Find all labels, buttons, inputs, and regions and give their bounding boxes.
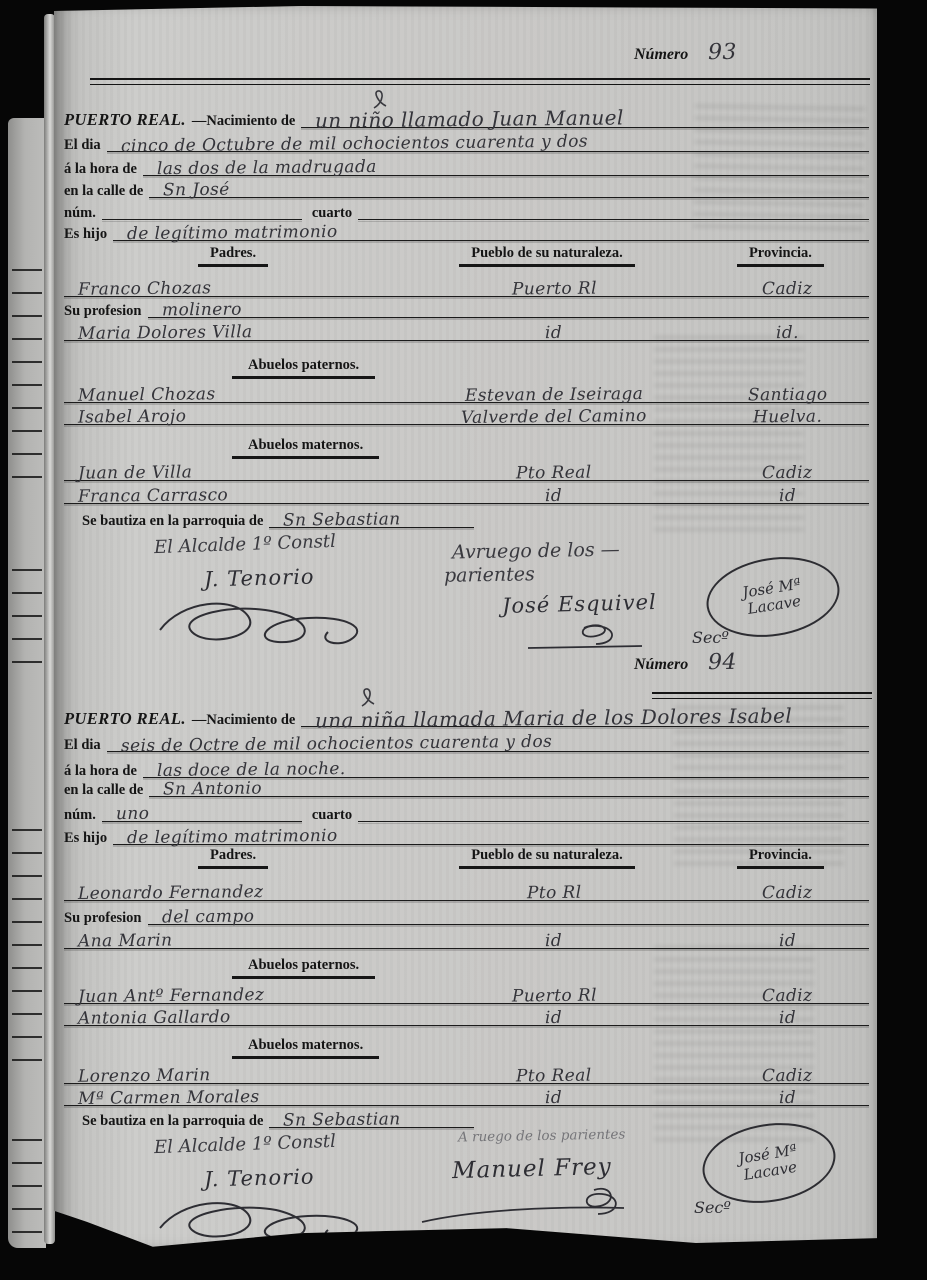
maternal-grandmother-row: Mª Carmen Morales id id <box>64 1081 869 1106</box>
num-label: núm. <box>64 808 102 823</box>
page-edge-ruling <box>12 548 42 668</box>
dia-label: El dia <box>64 738 107 753</box>
grandparent-name: Isabel Arojo <box>78 408 186 426</box>
nacimiento-label: —Nacimiento de <box>192 713 302 728</box>
page-edge-ruling <box>12 248 42 488</box>
paternal-grandmother-row: Isabel Arojo Valverde del Camino Huelva. <box>64 400 869 425</box>
line-hora: á la hora de las dos de la madrugada <box>64 152 869 176</box>
grandparent-provincia: id <box>779 1010 796 1027</box>
numero-value: 93 <box>708 42 737 64</box>
numero-value: 94 <box>708 652 737 674</box>
cuarto-label: cuarto <box>302 808 358 823</box>
line-es-hijo: Es hijo de legítimo matrimonio <box>64 821 869 845</box>
secretario-cargo: Secº <box>692 628 729 647</box>
mother-name: Maria Dolores Villa <box>78 324 253 343</box>
line-nacimiento: PUERTO REAL. —Nacimiento de un niño llam… <box>64 104 869 128</box>
es-hijo-value: de legítimo matrimonio <box>127 828 338 847</box>
ruego-line2: parientes <box>444 563 535 587</box>
maternal-grandmother-row: Franca Carrasco id id <box>64 479 869 504</box>
page-edge-ruling <box>12 808 42 1078</box>
mother-name: Ana Marin <box>78 933 173 951</box>
line-dia: El dia seis de Octre de mil ochocientos … <box>64 728 869 752</box>
father-pueblo: Pto Rl <box>527 885 582 903</box>
grandparent-name: Franca Carrasco <box>78 487 228 506</box>
line-dia: El dia cinco de Octubre de mil ochocient… <box>64 128 869 152</box>
numero-label: Número <box>634 656 688 674</box>
book-fold <box>44 14 55 1244</box>
municipio-label: PUERTO REAL. <box>64 711 192 728</box>
mother-row: Maria Dolores Villa id id. <box>64 316 869 341</box>
line-profesion: Su profesion del campo <box>64 901 869 925</box>
grandparent-pueblo: id <box>545 488 562 505</box>
testigo-signature: José Esquivel <box>502 590 657 618</box>
abuelos-paternos-header: Abuelos paternos. <box>232 958 375 979</box>
line-profesion: Su profesion molinero <box>64 294 869 318</box>
testigo-rubric <box>414 1182 654 1226</box>
paternal-grandmother-row: Antonia Gallardo id id <box>64 1001 869 1026</box>
secretario-cargo: Secº <box>694 1198 731 1217</box>
provincia-header: Provincia. <box>737 246 824 267</box>
column-headers: Padres. Pueblo de su naturaleza. Provinc… <box>64 246 869 267</box>
mother-provincia: id <box>779 933 796 950</box>
grandparent-pueblo: id <box>545 1010 562 1027</box>
line-calle: en la calle de Sn José <box>64 174 869 198</box>
es-hijo-label: Es hijo <box>64 227 113 242</box>
line-num-cuarto: núm. uno cuarto <box>64 798 869 822</box>
heavy-rule <box>90 78 870 85</box>
padres-header: Padres. <box>198 848 268 869</box>
calle-value: Sn Antonio <box>163 780 262 798</box>
alcalde-title: El Alcalde 1º Constl <box>154 1131 337 1158</box>
mother-pueblo: id <box>545 325 562 342</box>
alcalde-title: El Alcalde 1º Constl <box>154 531 337 558</box>
bautiza-label: Se bautiza en la parroquia de <box>82 514 269 529</box>
grandparent-provincia: Huelva. <box>753 409 822 427</box>
calle-label: en la calle de <box>64 783 149 798</box>
nacimiento-value: una niña llamada Maria de los Dolores Is… <box>315 706 792 731</box>
line-nacimiento: PUERTO REAL. —Nacimiento de una niña lla… <box>64 703 869 727</box>
record-number-row: Número 94 <box>634 652 737 674</box>
alcalde-signature: J. Tenorio <box>204 1165 315 1192</box>
grandparent-pueblo: Valverde del Camino <box>461 408 647 427</box>
line-bautiza: Se bautiza en la parroquia de Sn Sebasti… <box>82 504 474 528</box>
book-spine-edge <box>8 118 46 1248</box>
grandparent-provincia: id <box>779 488 796 505</box>
register-page: Número 93 PUERTO REAL. —Nacimiento de un… <box>54 6 877 1248</box>
es-hijo-value: de legítimo matrimonio <box>127 224 338 243</box>
padres-header: Padres. <box>198 246 268 267</box>
mother-provincia: id. <box>776 325 799 342</box>
line-bautiza: Se bautiza en la parroquia de Sn Sebasti… <box>82 1104 474 1128</box>
line-es-hijo: Es hijo de legítimo matrimonio <box>64 217 869 241</box>
grandparent-provincia: id <box>779 1090 796 1107</box>
alcalde-rubric <box>142 592 402 650</box>
abuelos-maternos-header: Abuelos maternos. <box>232 1038 379 1059</box>
testigo-rubric <box>522 618 672 654</box>
profesion-label: Su profesion <box>64 911 148 926</box>
heavy-rule <box>652 692 872 699</box>
line-calle: en la calle de Sn Antonio <box>64 773 869 797</box>
grandparent-pueblo: id <box>545 1090 562 1107</box>
mother-row: Ana Marin id id <box>64 924 869 949</box>
abuelos-paternos-header: Abuelos paternos. <box>232 358 375 379</box>
nacimiento-label: —Nacimiento de <box>192 114 302 129</box>
mother-pueblo: id <box>545 933 562 950</box>
municipio-label: PUERTO REAL. <box>64 112 192 129</box>
column-headers: Padres. Pueblo de su naturaleza. Provinc… <box>64 848 869 869</box>
parroquia-value: Sn Sebastian <box>283 511 401 529</box>
page-edge-ruling <box>12 1118 42 1238</box>
es-hijo-label: Es hijo <box>64 831 113 846</box>
parroquia-value: Sn Sebastian <box>283 1111 401 1129</box>
dia-label: El dia <box>64 138 107 153</box>
pueblo-header: Pueblo de su naturaleza. <box>459 246 634 267</box>
alcalde-signature: J. Tenorio <box>204 565 315 592</box>
alcalde-rubric <box>142 1192 402 1246</box>
maternal-grandfather-row: Juan de Villa Pto Real Cadiz <box>64 456 869 481</box>
dia-value: seis de Octre de mil ochocientos cuarent… <box>121 734 552 756</box>
ruego-line1: Avruego de los — <box>452 539 620 564</box>
bautiza-label: Se bautiza en la parroquia de <box>82 1114 269 1129</box>
numero-label: Número <box>634 46 688 64</box>
ruego-line1: A ruego de los parientes <box>458 1127 626 1146</box>
grandparent-name: Antonia Gallardo <box>78 1009 231 1028</box>
father-provincia: Cadiz <box>762 885 813 903</box>
record-number-row: Número 93 <box>634 42 737 64</box>
pueblo-header: Pueblo de su naturaleza. <box>459 848 634 869</box>
bleedthrough-smudge <box>654 946 814 1146</box>
provincia-header: Provincia. <box>737 848 824 869</box>
testigo-signature: Manuel Frey <box>452 1154 612 1184</box>
father-row: Leonardo Fernandez Pto Rl Cadiz <box>64 876 869 901</box>
